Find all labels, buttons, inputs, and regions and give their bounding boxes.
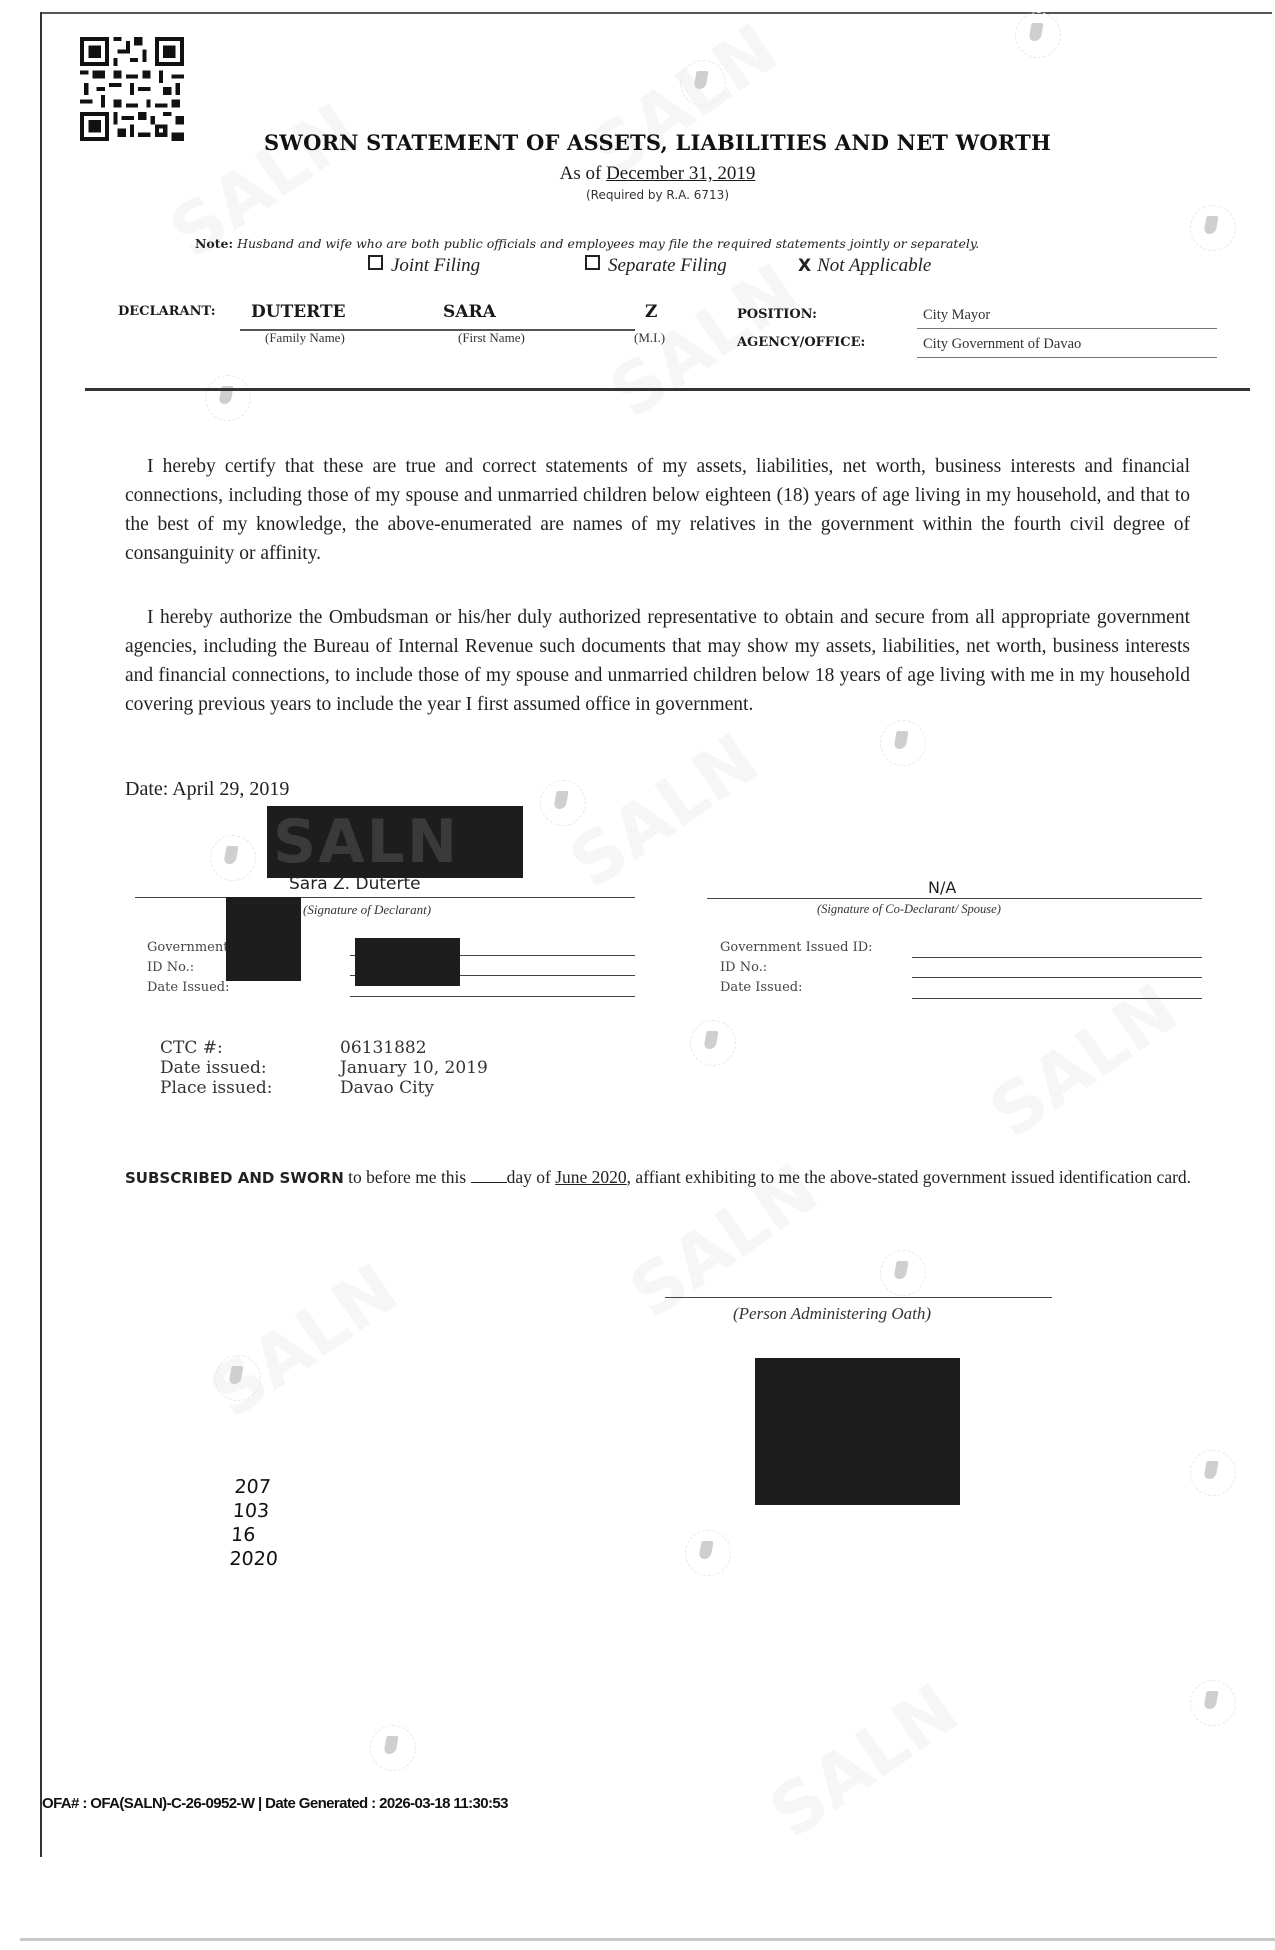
seal-watermark-icon [685, 1530, 731, 1576]
watermark-text: SALN [555, 718, 772, 904]
footer-generation-info: OFA# : OFA(SALN)-C-26-0952-W | Date Gene… [42, 1795, 508, 1812]
checkbox-empty-icon[interactable] [368, 255, 383, 270]
spouse-gov-id-line [912, 957, 1202, 958]
filing-note: Note: Husband and wife who are both publ… [195, 236, 979, 251]
seal-watermark-icon [1190, 205, 1236, 251]
day-blank [471, 1182, 507, 1183]
oath-text-1: to before me this [348, 1167, 466, 1187]
date-issued-label: Date Issued: [720, 978, 873, 998]
redacted-block [226, 897, 301, 981]
oath-lead: SUBSCRIBED AND SWORN [125, 1169, 344, 1187]
seal-watermark-icon [1015, 12, 1061, 58]
declarant-signature-line [135, 897, 635, 898]
date-issued-label: Date Issued: [147, 978, 300, 998]
agency-underline [917, 357, 1217, 358]
spouse-gov-id-labels: Government Issued ID: ID No.: Date Issue… [720, 938, 873, 998]
position-label: POSITION: [737, 307, 817, 322]
x-mark-icon[interactable]: X [798, 256, 811, 276]
spouse-signature-line [707, 898, 1202, 899]
seal-watermark-icon [370, 1725, 416, 1771]
ctc-labels: CTC #: Date issued: Place issued: [160, 1038, 273, 1098]
ctc-date-label: Date issued: [160, 1058, 273, 1078]
seal-watermark-icon [205, 375, 251, 421]
first-name: SARA [443, 302, 496, 322]
declarant-label: DECLARANT: [118, 304, 216, 319]
spouse-date-issued-line [912, 998, 1202, 999]
section-divider [85, 388, 1250, 391]
watermark-text: SALN [755, 1668, 972, 1854]
watermark-text: SALN [975, 968, 1192, 1154]
agency-label: AGENCY/OFFICE: [737, 335, 865, 350]
date-issued-line [350, 996, 635, 997]
middle-initial: Z [645, 302, 657, 322]
seal-watermark-icon [690, 1020, 736, 1066]
seal-watermark-icon [880, 720, 926, 766]
seal-watermark-icon [215, 1355, 261, 1401]
spouse-printed-name: N/A [928, 878, 956, 897]
note-label: Note: [195, 236, 233, 251]
oath-administrator-caption: (Person Administering Oath) [733, 1304, 931, 1324]
seal-watermark-icon [540, 780, 586, 826]
ctc-number: 06131882 [340, 1038, 488, 1058]
family-name-caption: (Family Name) [265, 330, 345, 346]
as-of-date: As of December 31, 2019 [0, 163, 1275, 185]
gov-id-label: Government Issued ID: [720, 938, 873, 958]
handwritten-line: 2020 [229, 1547, 279, 1571]
seal-watermark-icon [210, 835, 256, 881]
as-of-value: December 31, 2019 [606, 163, 755, 184]
mi-caption: (M.I.) [634, 330, 665, 346]
option-joint-filing[interactable]: Joint Filing [368, 255, 480, 277]
as-of-label: As of [560, 163, 602, 184]
option-not-applicable[interactable]: XNot Applicable [798, 255, 931, 277]
oath-month-year: June 2020 [555, 1167, 626, 1187]
signing-date: Date: April 29, 2019 [125, 778, 289, 801]
id-no-label: ID No.: [720, 958, 873, 978]
redacted-signature: SALN [267, 806, 523, 878]
oath-text-3: , affiant exhibiting to me the above-sta… [627, 1167, 1191, 1187]
option-label: Separate Filing [608, 255, 727, 276]
first-name-caption: (First Name) [458, 330, 525, 346]
option-label: Joint Filing [391, 255, 480, 276]
required-by-note: (Required by R.A. 6713) [0, 188, 1275, 202]
handwritten-note: 207 103 16 2020 [229, 1475, 284, 1571]
ctc-number-label: CTC #: [160, 1038, 273, 1058]
family-name: DUTERTE [251, 302, 346, 322]
checkbox-empty-icon[interactable] [585, 255, 600, 270]
option-separate-filing[interactable]: Separate Filing [585, 255, 727, 277]
spouse-id-no-line [912, 977, 1202, 978]
page-border-left [40, 12, 42, 1857]
authorization-paragraph: I hereby authorize the Ombudsman or his/… [125, 603, 1190, 719]
ctc-place-label: Place issued: [160, 1078, 273, 1098]
oath-administrator-line [665, 1297, 1052, 1298]
watermark-text: SALN [195, 1248, 412, 1434]
document-title: SWORN STATEMENT OF ASSETS, LIABILITIES A… [0, 130, 1275, 155]
date-value: April 29, 2019 [172, 778, 289, 800]
option-label: Not Applicable [817, 255, 931, 276]
seal-watermark-icon [1190, 1450, 1236, 1496]
date-label: Date: [125, 778, 168, 800]
redacted-notary-stamp [755, 1358, 960, 1505]
spouse-signature-caption: (Signature of Co-Declarant/ Spouse) [817, 902, 1001, 917]
handwritten-line: 16 [230, 1523, 280, 1547]
seal-watermark-icon [880, 1250, 926, 1296]
note-text: Husband and wife who are both public off… [237, 236, 979, 251]
agency-value: City Government of Davao [923, 336, 1081, 353]
certification-paragraph: I hereby certify that these are true and… [125, 452, 1190, 568]
ctc-date-issued: January 10, 2019 [340, 1058, 488, 1078]
seal-watermark-icon [680, 60, 726, 106]
redacted-id-number [355, 938, 460, 986]
seal-watermark-icon [1190, 1680, 1236, 1726]
page-bottom-edge [20, 1938, 1275, 1941]
ctc-values: 06131882 January 10, 2019 Davao City [340, 1038, 488, 1098]
position-value: City Mayor [923, 307, 990, 324]
qr-code-icon [80, 37, 184, 141]
oath-statement: SUBSCRIBED AND SWORN to before me this d… [125, 1166, 1225, 1190]
handwritten-line: 207 [234, 1475, 284, 1499]
page-border-top [40, 12, 1272, 14]
declarant-signature-caption: (Signature of Declarant) [303, 902, 431, 918]
oath-text-2: day of [507, 1167, 551, 1187]
position-underline [917, 328, 1217, 329]
handwritten-line: 103 [232, 1499, 282, 1523]
ctc-place-issued: Davao City [340, 1078, 488, 1098]
